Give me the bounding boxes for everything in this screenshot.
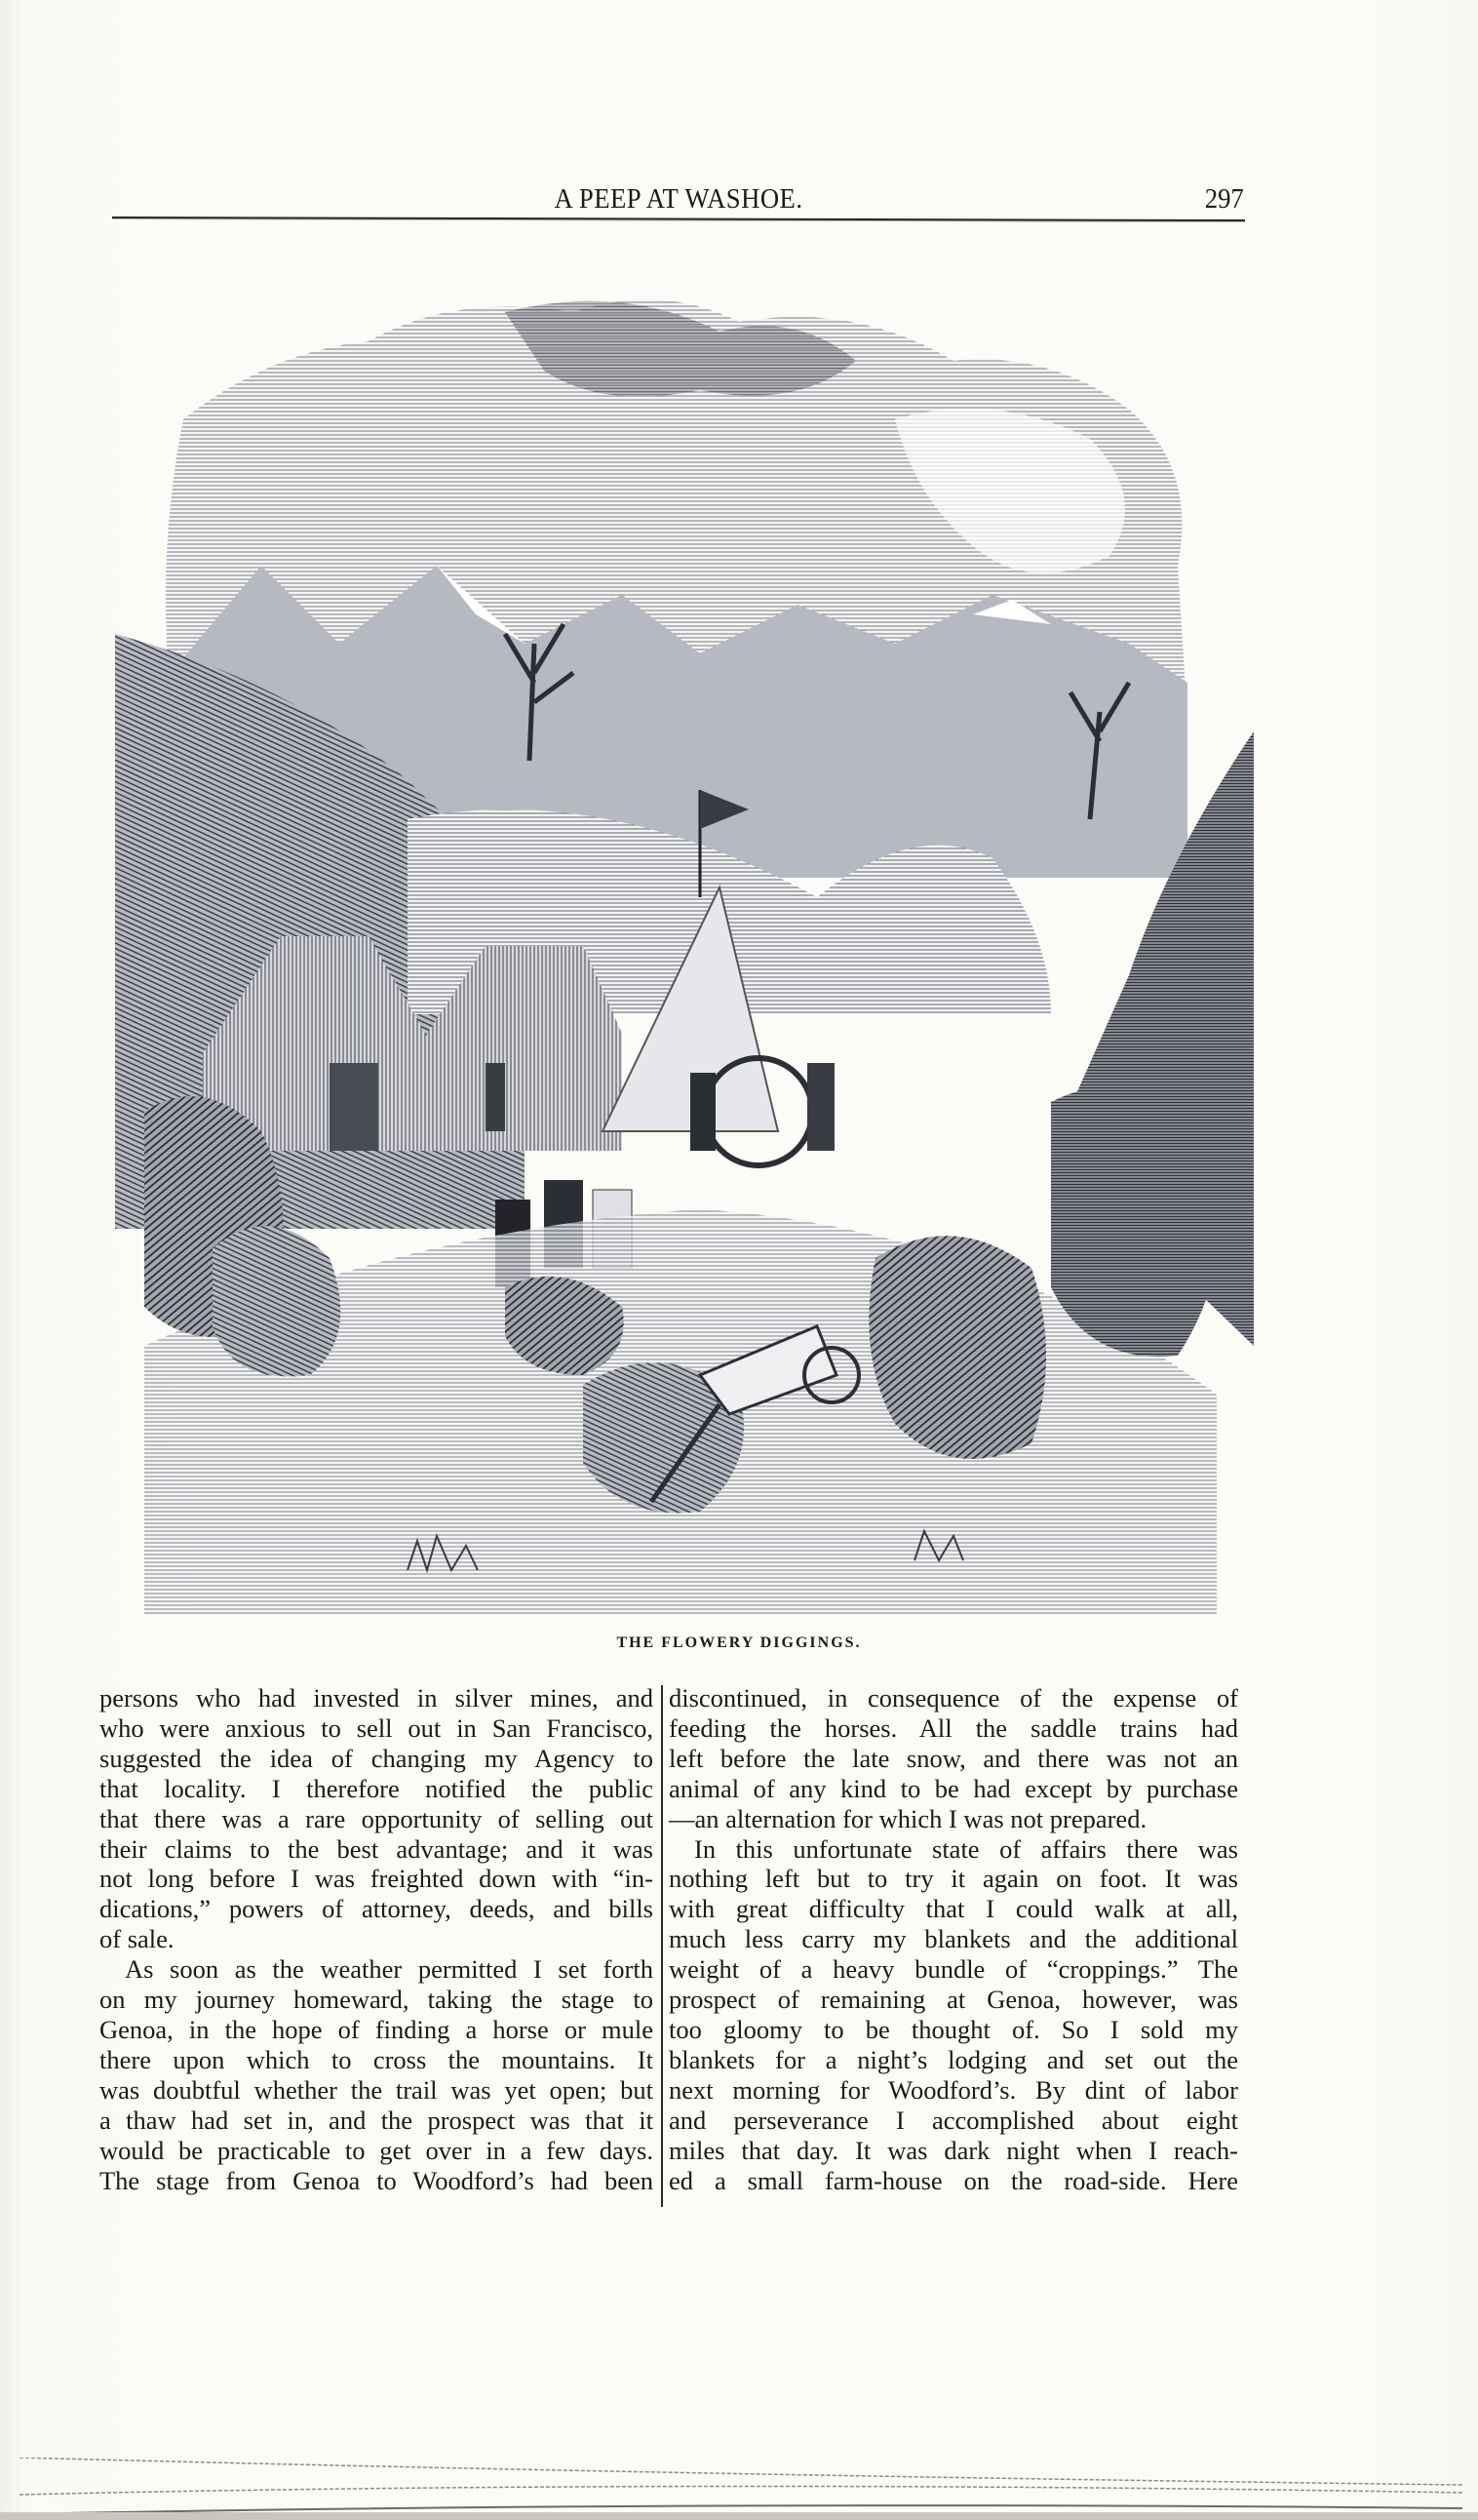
text-line: In this unfortunate state of affairs the… [669,1834,1238,1865]
engraving-illustration [115,273,1254,1614]
running-title: A PEEP AT WASHOE. [157,183,1199,216]
text-line: Genoa, in the hope of finding a horse or… [99,2015,653,2045]
text-line: discontinued, in consequence of the expe… [669,1683,1238,1713]
page-header: A PEEP AT WASHOE. 297 [112,181,1245,220]
text-line: much less carry my blankets and the addi… [669,1924,1238,1954]
column-divider [661,1685,663,2207]
figure-caption: THE FLOWERY DIGGINGS. [0,1634,1478,1652]
text-line: their claims to the best advantage; and … [99,1834,653,1865]
text-line: prospect of remaining at Genoa, however,… [669,1985,1238,2015]
page-bottom-edge [0,2458,1478,2520]
text-line: there upon which to cross the mountains.… [99,2045,653,2075]
text-line: not long before I was freighted down wit… [99,1864,653,1894]
text-line: animal of any kind to be had except by p… [669,1774,1238,1804]
text-line: on my journey homeward, taking the stage… [99,1985,653,2015]
text-line: too gloomy to be thought of. So I sold m… [669,2015,1238,2045]
text-line: feeding the horses. All the saddle train… [669,1713,1238,1744]
text-column-left: persons who had invested in silver mines… [99,1683,653,2195]
text-line: was doubtful whether the trail was yet o… [99,2075,653,2106]
text-line: ed a small farm-house on the road-side. … [669,2166,1238,2196]
text-line: that locality. I therefore notified the … [99,1774,653,1804]
text-column-right: discontinued, in consequence of the expe… [669,1683,1238,2195]
mining-camp-engraving-icon [115,273,1254,1614]
paragraph: As soon as the weather permitted I set f… [99,1954,653,2195]
page-number: 297 [1204,183,1243,216]
text-line: The stage from Genoa to Woodford’s had b… [99,2166,653,2196]
text-line: blankets for a night’s lodging and set o… [669,2045,1238,2075]
text-line: with great difficulty that I could walk … [669,1894,1238,1924]
text-line: suggested the idea of changing my Agency… [99,1744,653,1774]
text-line: who were anxious to sell out in San Fran… [99,1713,653,1744]
text-line: a thaw had set in, and the prospect was … [99,2106,653,2136]
text-line: would be practicable to get over in a fe… [99,2136,653,2166]
text-line: left before the late snow, and there was… [669,1744,1238,1774]
paragraph: discontinued, in consequence of the expe… [669,1683,1238,1834]
text-line: of sale. [99,1924,653,1954]
paragraph: In this unfortunate state of affairs the… [669,1834,1238,2196]
paragraph: persons who had invested in silver mines… [99,1683,653,1954]
text-line: As soon as the weather permitted I set f… [99,1954,653,1985]
text-line: dications,” powers of attorney, deeds, a… [99,1894,653,1924]
text-line: nothing left but to try it again on foot… [669,1864,1238,1894]
text-line: and perseverance I accomplished about ei… [669,2106,1238,2136]
text-line: —an alternation for which I was not prep… [669,1804,1238,1834]
text-line: miles that day. It was dark night when I… [669,2136,1238,2166]
text-line: weight of a heavy bundle of “croppings.”… [669,1954,1238,1985]
text-line: next morning for Woodford’s. By dint of … [669,2075,1238,2106]
text-line: persons who had invested in silver mines… [99,1683,653,1713]
text-line: that there was a rare opportunity of sel… [99,1804,653,1834]
